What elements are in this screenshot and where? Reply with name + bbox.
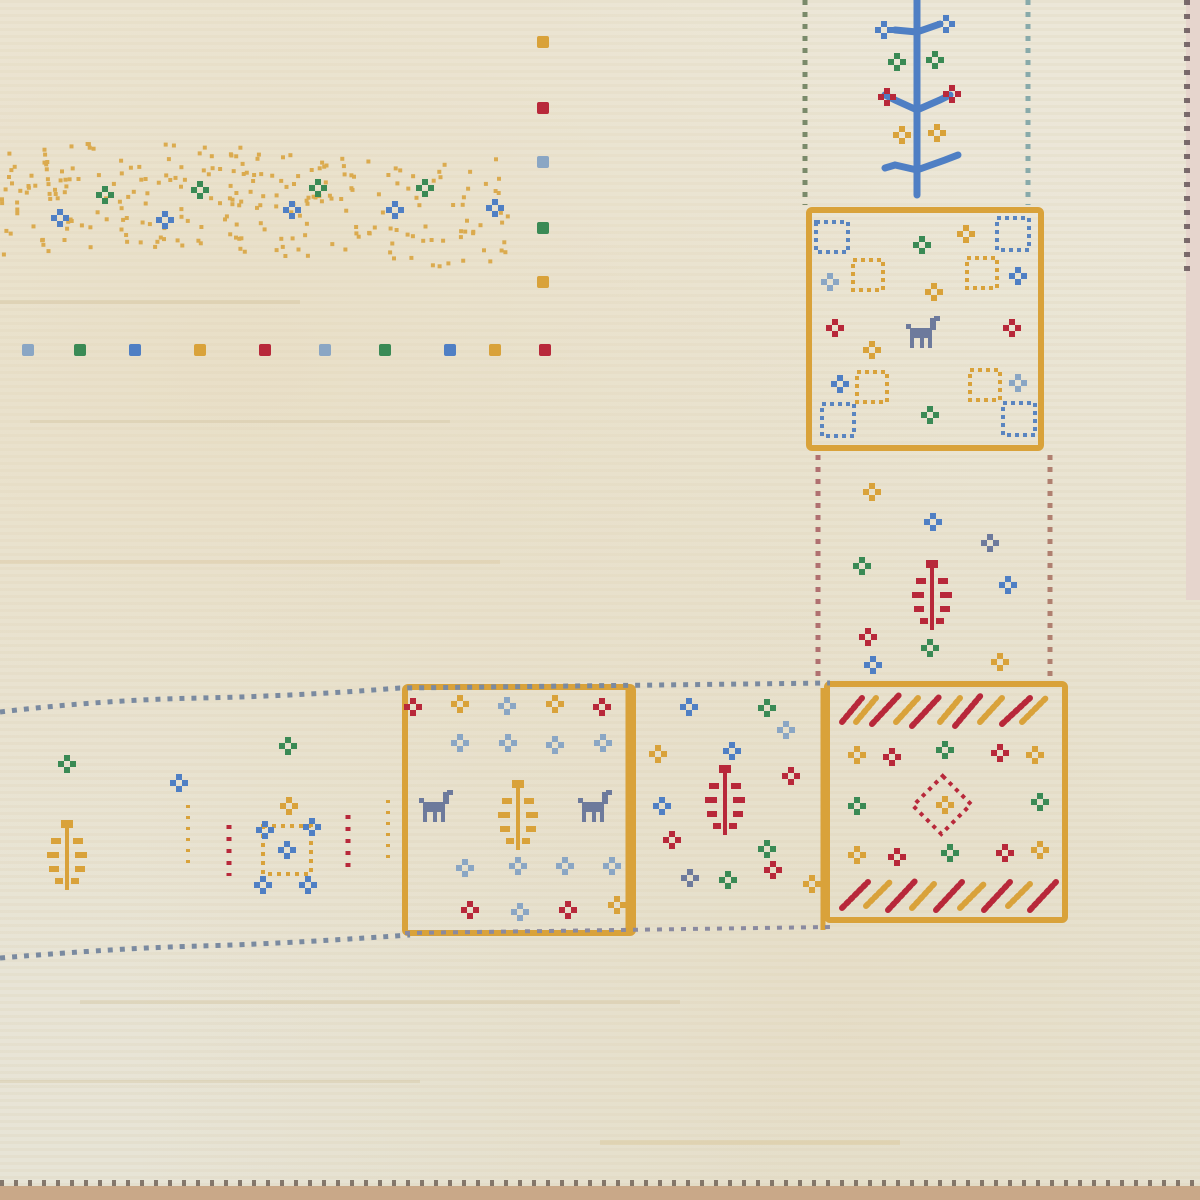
panel-red-leaf [628,688,823,930]
square-panel-striped [827,684,1065,920]
dot-motif [537,36,549,48]
dog-icon [419,790,453,822]
panel-red-tree [818,455,1050,680]
ochre-tree-icon [47,820,87,890]
dot-motif [537,156,549,168]
flower-icon [386,201,404,219]
dot-column [537,36,549,288]
dot-motif [194,344,206,356]
flower-band [0,142,510,268]
flower-icon [191,181,209,199]
flower-icon [416,179,434,197]
flower-icon [156,211,174,229]
ochre-tree-icon [498,780,538,850]
vertical-tree-band [805,0,1028,205]
dot-motif [537,102,549,114]
dog-icon [906,316,940,348]
dot-motif [537,276,549,288]
square-panel-animals-bottom [404,687,633,933]
rug-motifs [0,0,1200,1200]
field-streaks [0,300,900,1145]
square-panel-animal-top [809,210,1041,448]
rug-photo [0,0,1200,1200]
horizontal-band-left [0,683,830,958]
dot-motif [319,344,331,356]
red-tree-icon [912,560,952,630]
flower-icon [51,209,69,227]
dot-motif [259,344,271,356]
rug-right-edge-binding [1184,0,1190,280]
red-leaf-icon [705,765,745,835]
wood-floor [0,1186,1200,1200]
dog-icon [578,790,612,822]
dot-motif [74,344,86,356]
dot-motif [444,344,456,356]
dot-motif [379,344,391,356]
dot-motif [22,344,34,356]
dot-row [22,344,551,356]
band-flowers [51,179,504,229]
dot-motif [537,222,549,234]
dot-motif [489,344,501,356]
dot-motif [539,344,551,356]
flower-icon [96,186,114,204]
dot-motif [129,344,141,356]
